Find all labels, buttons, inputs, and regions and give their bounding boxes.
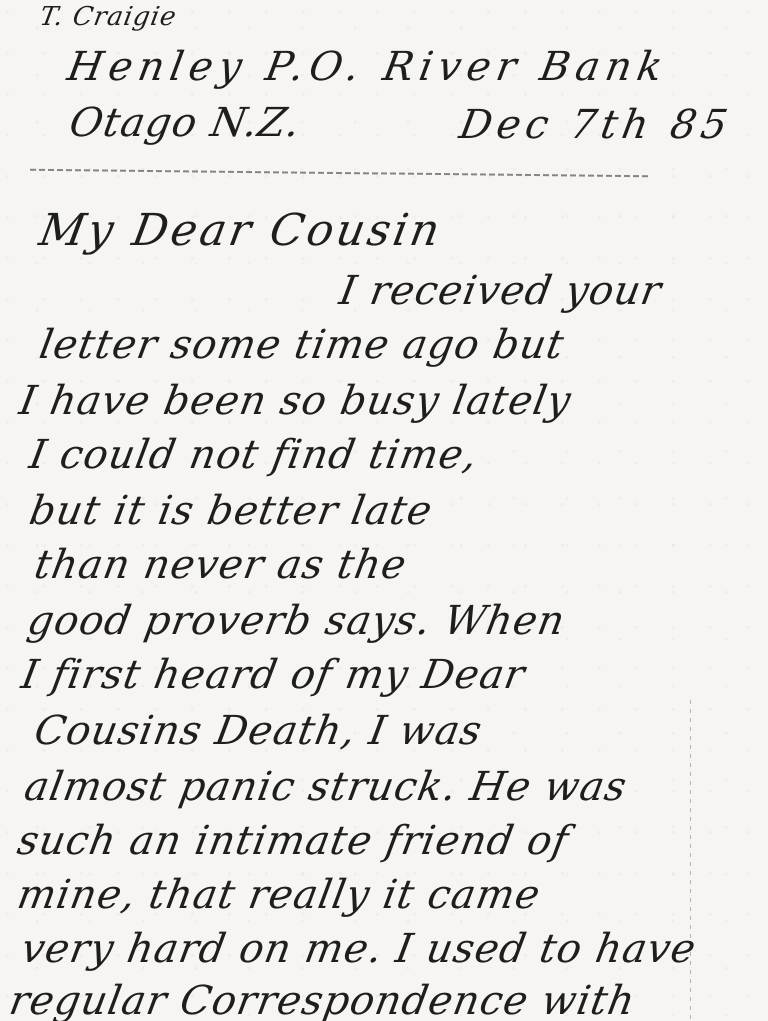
body-line: regular Correspondence with bbox=[6, 978, 639, 1021]
body-line: but it is better late bbox=[26, 488, 436, 534]
page-fold-line bbox=[690, 700, 691, 1021]
body-line: letter some time ago but bbox=[36, 322, 568, 368]
header-divider bbox=[30, 169, 650, 177]
body-line: almost panic struck. He was bbox=[21, 764, 631, 810]
body-line: I received your bbox=[336, 268, 665, 314]
address-line-2: Otago N.Z. bbox=[66, 100, 304, 146]
body-line: mine, that really it came bbox=[14, 872, 544, 918]
body-line: such an intimate friend of bbox=[14, 818, 573, 864]
body-line: I first heard of my Dear bbox=[18, 652, 529, 698]
letter-page: T. Craigie Henley P.O. River Bank Otago … bbox=[0, 0, 768, 1021]
body-line: Cousins Death, I was bbox=[31, 708, 486, 754]
body-line: I could not find time, bbox=[26, 432, 481, 478]
body-line: than never as the bbox=[31, 542, 410, 588]
sender-name: T. Craigie bbox=[37, 2, 179, 32]
address-line-1: Henley P.O. River Bank bbox=[64, 44, 672, 90]
body-line: very hard on me. I used to have bbox=[18, 926, 700, 972]
body-line: good proverb says. When bbox=[24, 598, 569, 644]
letter-date: Dec 7th 85 bbox=[456, 102, 736, 148]
body-line: I have been so busy lately bbox=[16, 378, 575, 424]
salutation: My Dear Cousin bbox=[36, 205, 447, 256]
